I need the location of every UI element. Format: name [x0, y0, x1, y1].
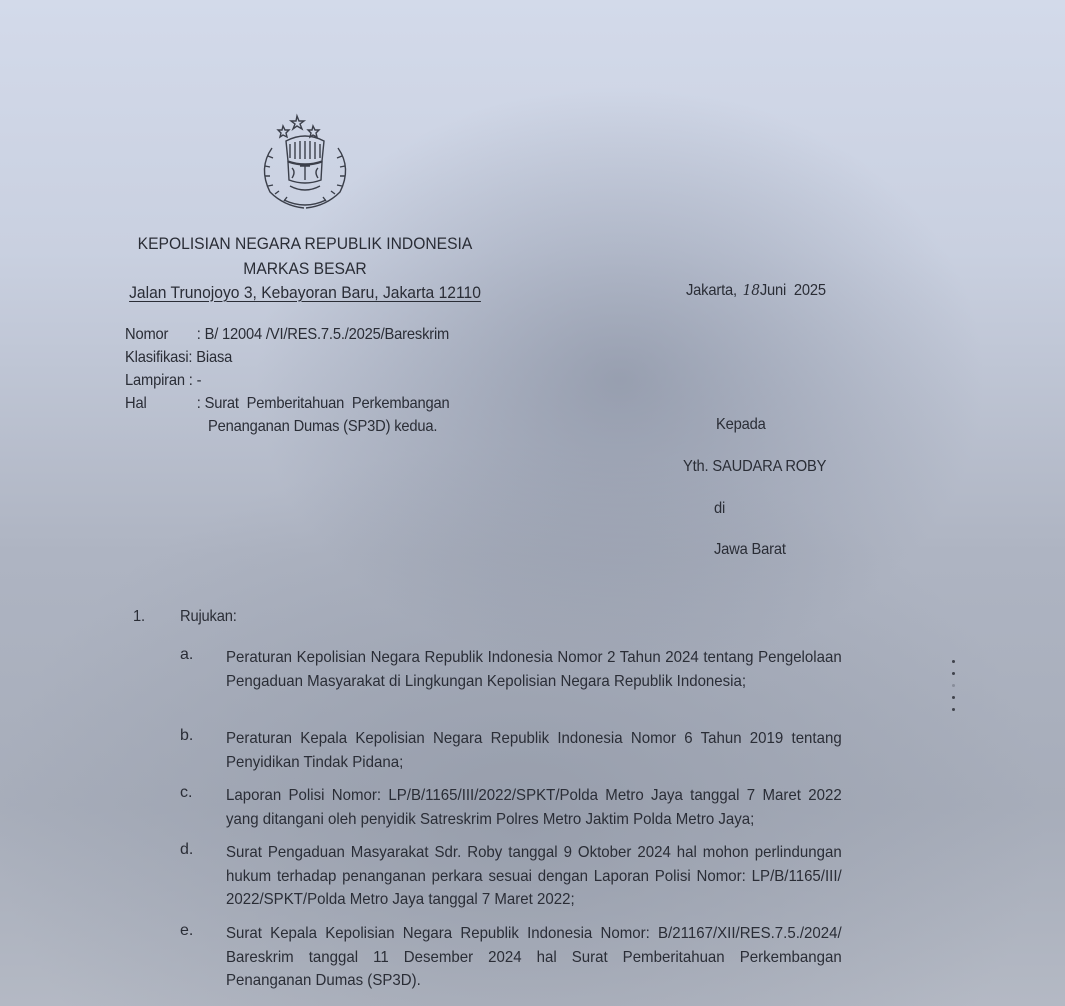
nomor-value: : B/ 12004 /VI/RES.7.5./2025/Bareskrim — [197, 326, 449, 343]
recipient-di: di — [714, 500, 725, 518]
lampiran-row: Lampiran : - — [125, 372, 201, 390]
hal-value-line1: : Surat Pemberitahuan Perkembangan — [197, 395, 450, 412]
section-title: Rujukan: — [180, 608, 237, 626]
lampiran-value: - — [197, 372, 202, 389]
hal-row: Hal: Surat Pemberitahuan Perkembangan — [125, 395, 450, 413]
nomor-label: Nomor — [125, 326, 197, 344]
nomor-row: Nomor: B/ 12004 /VI/RES.7.5./2025/Baresk… — [125, 326, 449, 344]
reference-letter: a. — [180, 646, 193, 664]
org-name: KEPOLISIAN NEGARA REPUBLIK INDONESIA — [24, 234, 585, 254]
klasifikasi-row: Klasifikasi: Biasa — [125, 349, 232, 367]
hal-value-line2: Penanganan Dumas (SP3D) kedua. — [208, 418, 437, 435]
margin-dots — [952, 660, 956, 720]
org-address-text: Jalan Trunojoyo 3, Kebayoran Baru, Jakar… — [129, 283, 481, 302]
org-address: Jalan Trunojoyo 3, Kebayoran Baru, Jakar… — [24, 283, 585, 303]
reference-text: Peraturan Kepolisian Negara Republik Ind… — [226, 646, 842, 693]
letter-page: KEPOLISIAN NEGARA REPUBLIK INDONESIA MAR… — [0, 0, 1065, 1006]
hal-label: Hal — [125, 395, 197, 413]
recipient-name: Yth. SAUDARA ROBY — [683, 458, 826, 476]
hal-row-continued: Penanganan Dumas (SP3D) kedua. — [208, 418, 437, 436]
handwritten-day: 18 — [743, 281, 760, 299]
reference-letter: d. — [180, 841, 193, 859]
month-year: Juni 2025 — [760, 282, 826, 299]
org-unit: MARKAS BESAR — [24, 259, 585, 279]
lampiran-label: Lampiran : — [125, 372, 193, 390]
reference-text: Peraturan Kepala Kepolisian Negara Repub… — [226, 727, 842, 774]
section-number: 1. — [133, 608, 145, 626]
place: Jakarta, — [686, 282, 737, 299]
place-date: Jakarta, 18Juni 2025 — [686, 281, 826, 300]
reference-text: Surat Kepala Kepolisian Negara Republik … — [226, 922, 842, 993]
reference-letter: b. — [180, 727, 193, 745]
klasifikasi-value: Biasa — [196, 349, 232, 366]
klasifikasi-label: Klasifikasi: — [125, 349, 192, 367]
reference-letter: e. — [180, 922, 193, 940]
reference-text: Surat Pengaduan Masyarakat Sdr. Roby tan… — [226, 841, 842, 912]
recipient-location: Jawa Barat — [714, 541, 786, 559]
police-emblem-icon — [250, 108, 360, 212]
recipient-kepada: Kepada — [716, 416, 766, 434]
reference-text: Laporan Polisi Nomor: LP/B/1165/III/2022… — [226, 784, 842, 831]
reference-letter: c. — [180, 784, 192, 802]
